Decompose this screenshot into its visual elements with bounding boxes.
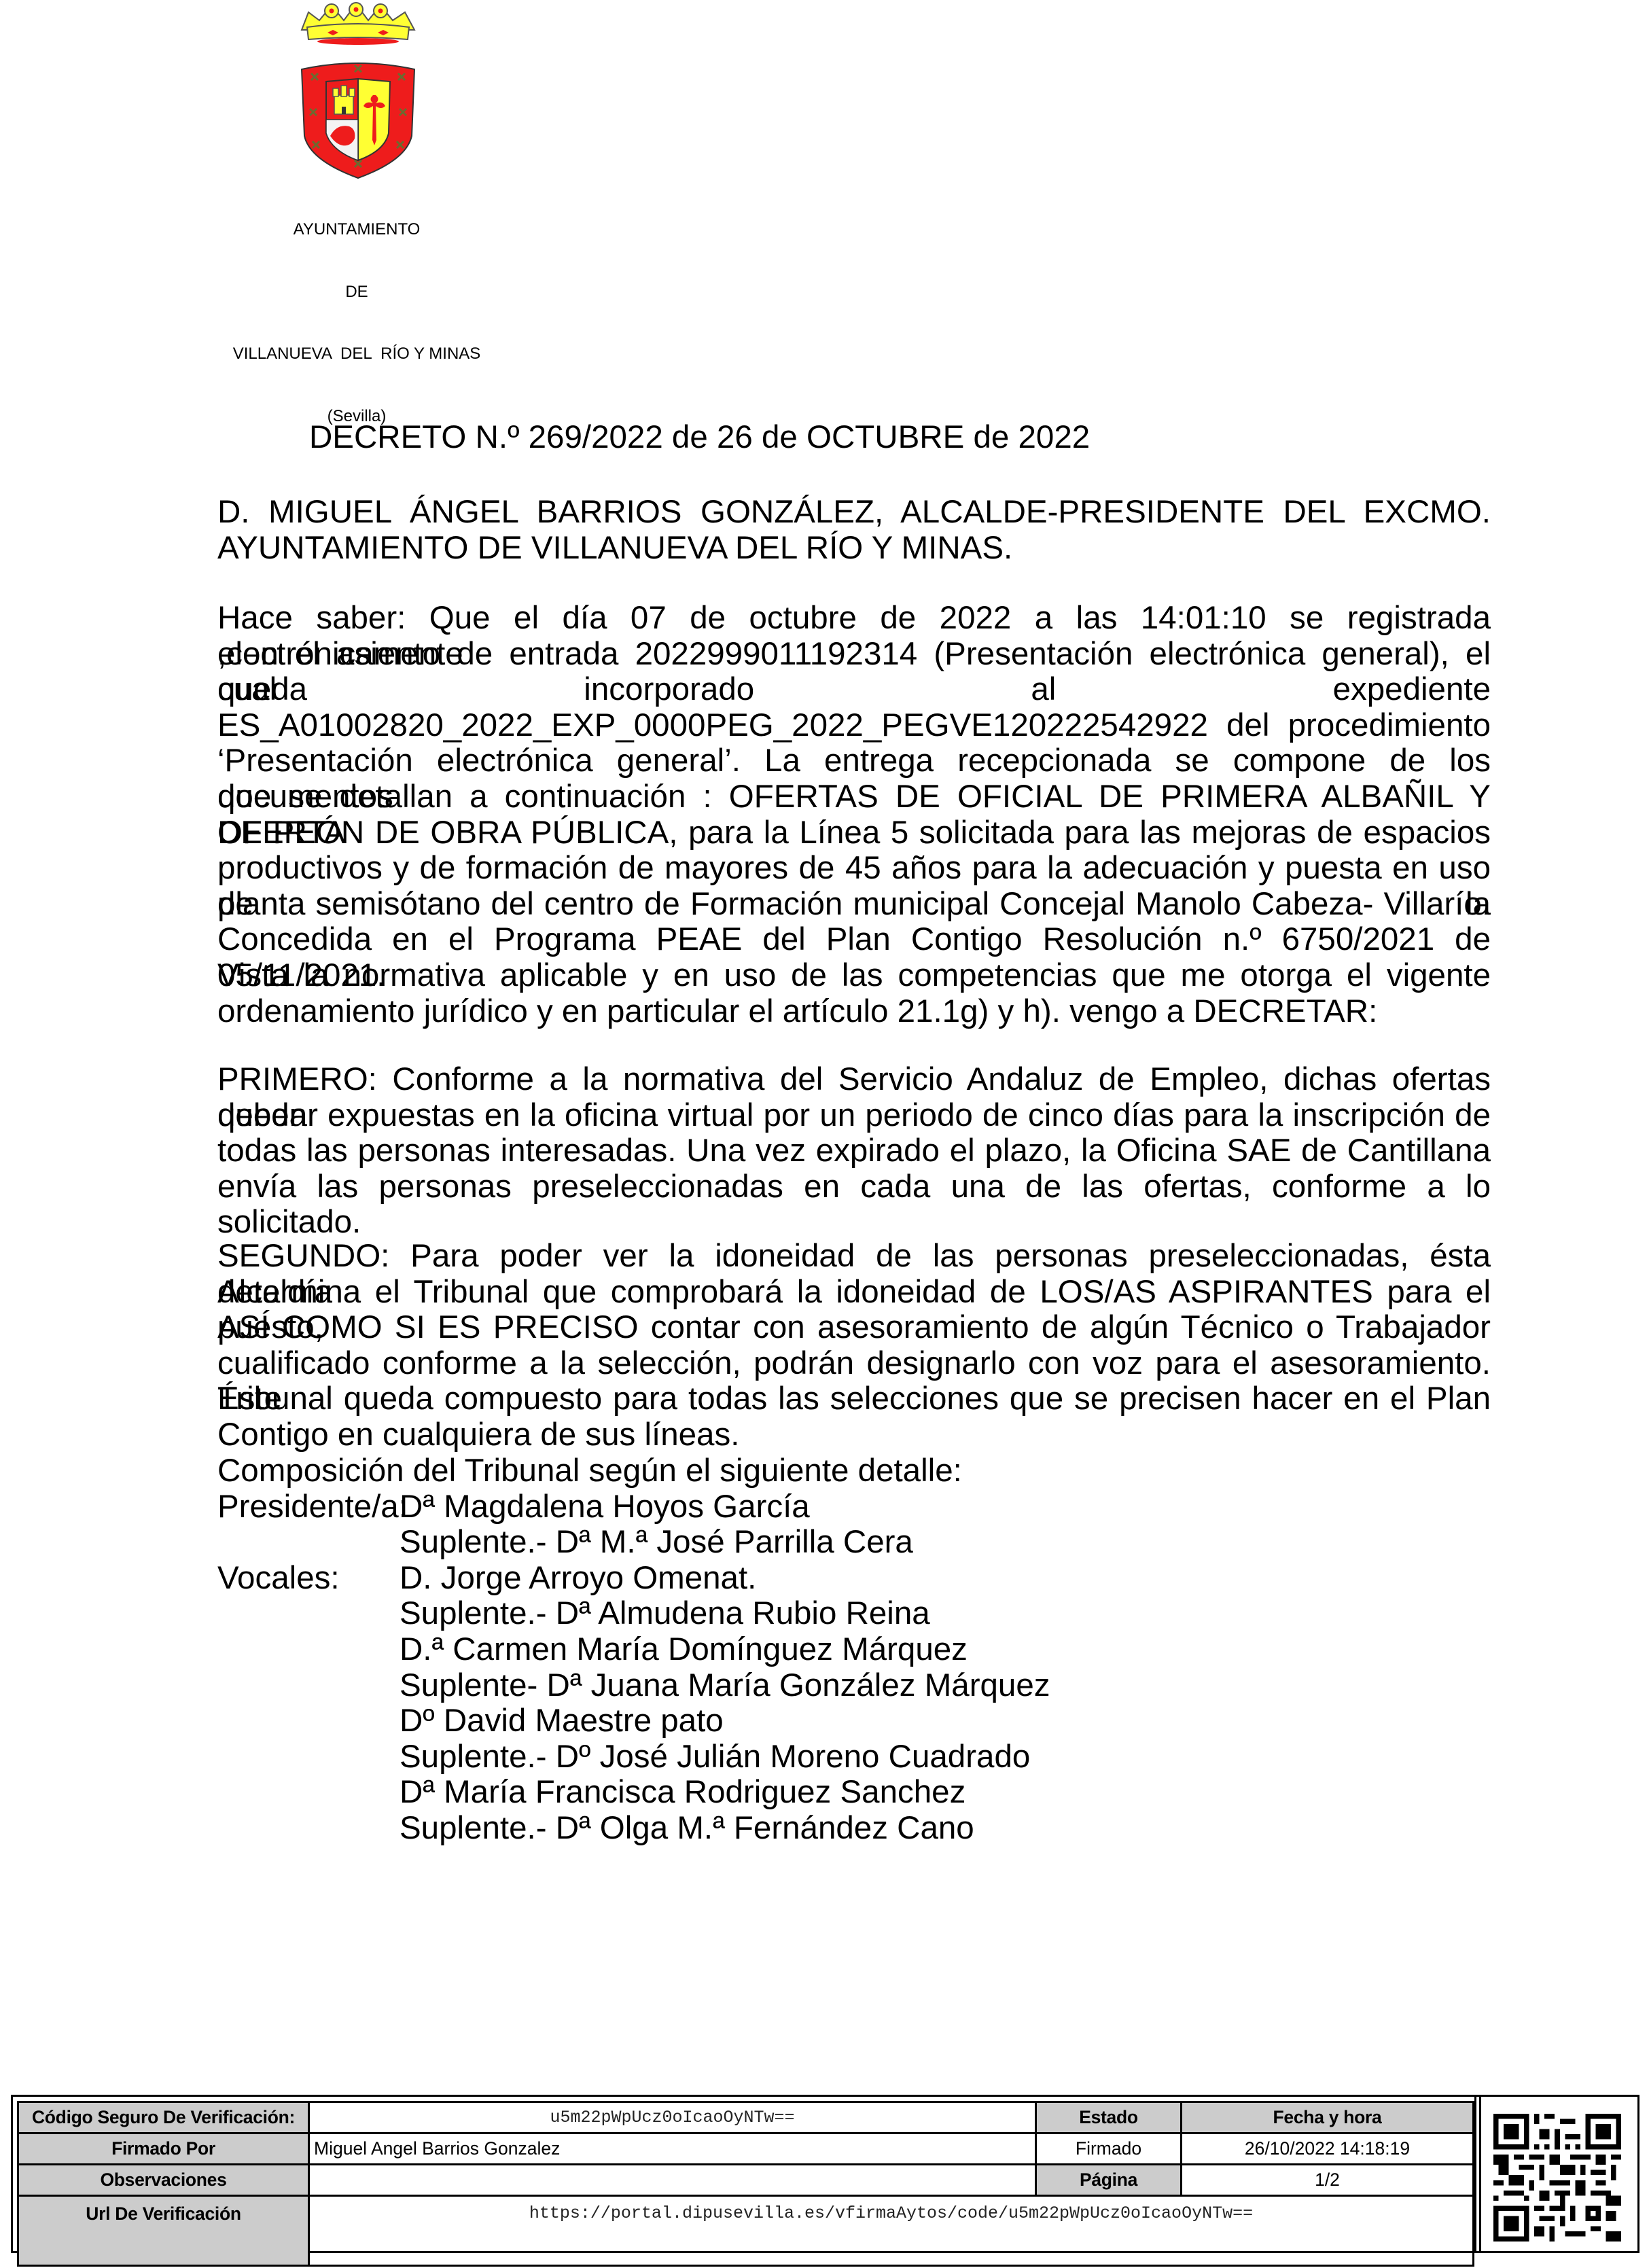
text-line: ,con el asiento de entrada 2022999011192… <box>217 637 1491 673</box>
page-label: Página <box>1036 2165 1182 2196</box>
member-name: Dº David Maestre pato <box>400 1703 724 1739</box>
text-line: Contigo en cualquiera de sus líneas. <box>217 1417 1491 1453</box>
tribunal-composition: Composición del Tribunal según el siguie… <box>217 1453 1491 1847</box>
tribunal-row: Suplente- Dª Juana María González Márque… <box>217 1668 1491 1704</box>
member-name: Dª María Francisca Rodriguez Sanchez <box>400 1775 965 1811</box>
datetime-label: Fecha y hora <box>1182 2102 1474 2133</box>
role-label <box>217 1632 400 1668</box>
member-name: Suplente.- Dª M.ª José Parrilla Cera <box>400 1525 913 1561</box>
org-line-3: VILLANUEVA DEL RÍO Y MINAS <box>204 344 510 365</box>
role-label <box>217 1775 400 1811</box>
text-line: D. MIGUEL ÁNGEL BARRIOS GONZÁLEZ, ALCALD… <box>217 495 1491 531</box>
mayor-intro: D. MIGUEL ÁNGEL BARRIOS GONZÁLEZ, ALCALD… <box>217 495 1491 566</box>
text-line: Vista la normativa aplicable y en uso de… <box>217 958 1491 994</box>
decree-title: DECRETO N.º 269/2022 de 26 de OCTUBRE de… <box>309 420 1090 456</box>
qr-code-icon <box>1493 2114 1621 2242</box>
text-line: envía las personas preseleccionadas en c… <box>217 1169 1491 1205</box>
datetime-value: 26/10/2022 14:18:19 <box>1182 2133 1474 2165</box>
text-line: Concedida en el Programa PEAE del Plan C… <box>217 922 1491 958</box>
text-line: quedar expuestas en la oficina virtual p… <box>217 1098 1491 1134</box>
coat-of-arms-icon <box>292 0 428 183</box>
organization-name: AYUNTAMIENTO DE VILLANUEVA DEL RÍO Y MIN… <box>204 178 510 448</box>
text-line: determina el Tribunal que comprobará la … <box>217 1275 1491 1311</box>
role-label: Vocales: <box>217 1561 400 1597</box>
verification-code: u5m22pWpUcz0oIcaoOyNTw== <box>309 2102 1036 2133</box>
text-line: ordenamiento jurídico y en particular el… <box>217 994 1491 1030</box>
status-value: Firmado <box>1036 2133 1182 2165</box>
member-name: D.ª Carmen María Domínguez Márquez <box>400 1632 968 1668</box>
shield-icon <box>302 63 414 178</box>
text-line: productivos y de formación de mayores de… <box>217 851 1491 887</box>
role-label <box>217 1703 400 1739</box>
role-label <box>217 1668 400 1704</box>
segundo-paragraph: SEGUNDO: Para poder ver la idoneidad de … <box>217 1239 1491 1453</box>
role-label <box>217 1811 400 1847</box>
member-name: Suplente- Dª Juana María González Márque… <box>400 1668 1050 1704</box>
member-name: D. Jorge Arroyo Omenat. <box>400 1561 756 1597</box>
member-name: Suplente.- Dª Almudena Rubio Reina <box>400 1596 930 1632</box>
text-line: SEGUNDO: Para poder ver la idoneidad de … <box>217 1239 1491 1275</box>
observations-value <box>309 2165 1036 2196</box>
page-value: 1/2 <box>1182 2165 1474 2196</box>
observations-label: Observaciones <box>18 2165 309 2196</box>
text-line: DE PEÓN DE OBRA PÚBLICA, para la Línea 5… <box>217 815 1491 851</box>
role-label <box>217 1525 400 1561</box>
org-line-1: AYUNTAMIENTO <box>204 219 510 241</box>
member-name: Dª Magdalena Hoyos García <box>400 1489 810 1525</box>
text-line: planta semisótano del centro de Formació… <box>217 887 1491 923</box>
member-name: Suplente.- Dª Olga M.ª Fernández Cano <box>400 1811 974 1847</box>
signed-by-label: Firmado Por <box>18 2133 309 2165</box>
text-line: cualificado conforme a la selección, pod… <box>217 1346 1491 1382</box>
primero-paragraph: PRIMERO: Conforme a la normativa del Ser… <box>217 1062 1491 1205</box>
signed-by-value: Miguel Angel Barrios Gonzalez <box>309 2133 1036 2165</box>
tribunal-row: Dª María Francisca Rodriguez Sanchez <box>217 1775 1491 1811</box>
role-label <box>217 1596 400 1632</box>
text-line: Tribunal queda compuesto para todas las … <box>217 1381 1491 1417</box>
text-line: Hace saber: Que el día 07 de octubre de … <box>217 601 1491 637</box>
text-line: ‘Presentación electrónica general’. La e… <box>217 743 1491 779</box>
text-line: ES_A01002820_2022_EXP_0000PEG_2022_PEGVE… <box>217 708 1491 744</box>
tribunal-row: Presidente/a:Dª Magdalena Hoyos García <box>217 1489 1491 1525</box>
verification-table: Código Seguro De Verificación: u5m22pWpU… <box>17 2101 1474 2267</box>
role-label <box>217 1739 400 1775</box>
qr-code-frame <box>1474 2095 1639 2253</box>
text-line: AYUNTAMIENTO DE VILLANUEVA DEL RÍO Y MIN… <box>217 531 1491 567</box>
tribunal-row: Suplente.- Dª Olga M.ª Fernández Cano <box>217 1811 1491 1847</box>
member-name: Suplente.- Dº José Julián Moreno Cuadrad… <box>400 1739 1030 1775</box>
url-label: Url De Verificación <box>18 2196 309 2266</box>
crown-icon <box>302 3 414 45</box>
status-label: Estado <box>1036 2102 1182 2133</box>
text-line: ASÍ COMO SI ES PRECISO contar con asesor… <box>217 1310 1491 1346</box>
tribunal-row: Dº David Maestre pato <box>217 1703 1491 1739</box>
tribunal-row: Vocales:D. Jorge Arroyo Omenat. <box>217 1561 1491 1597</box>
text-line: PRIMERO: Conforme a la normativa del Ser… <box>217 1062 1491 1098</box>
verification-url-link[interactable]: https://portal.dipusevilla.es/vfirmaAyto… <box>309 2196 1474 2266</box>
role-label: Presidente/a: <box>217 1489 400 1525</box>
tribunal-row: Suplente.- Dª M.ª José Parrilla Cera <box>217 1525 1491 1561</box>
code-label: Código Seguro De Verificación: <box>18 2102 309 2133</box>
org-line-2: DE <box>204 282 510 303</box>
tribunal-row: Suplente.- Dª Almudena Rubio Reina <box>217 1596 1491 1632</box>
tribunal-row: D.ª Carmen María Domínguez Márquez <box>217 1632 1491 1668</box>
text-line: todas las personas interesadas. Una vez … <box>217 1133 1491 1169</box>
text-line: queda incorporado al expediente <box>217 672 1491 708</box>
tribunal-heading: Composición del Tribunal según el siguie… <box>217 1453 1491 1489</box>
tribunal-row: Suplente.- Dº José Julián Moreno Cuadrad… <box>217 1739 1491 1775</box>
text-line: que se detallan a continuación : OFERTAS… <box>217 779 1491 815</box>
hace-saber-paragraph: Hace saber: Que el día 07 de octubre de … <box>217 601 1491 1029</box>
